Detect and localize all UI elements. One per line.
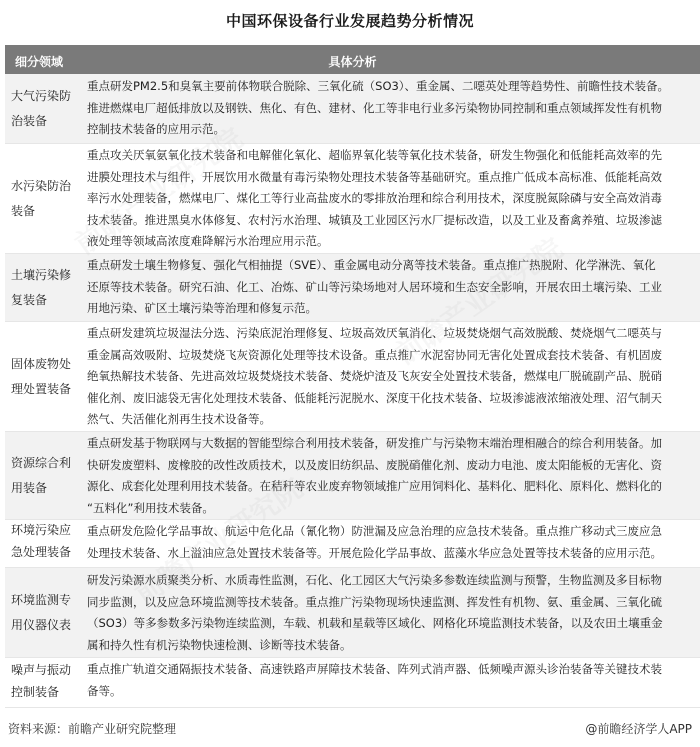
credit-note: @前瞻经济学人APP	[585, 720, 692, 737]
description-line: 快研发废塑料、废橡胶的改性改质技术，以及废旧纺织品、废脱硝催化剂、废动力电池、废…	[87, 455, 697, 477]
header-analysis: 具体分析	[5, 53, 700, 70]
description-line: 然气、失活催化剂再生技术设备等。	[87, 409, 697, 431]
description-line: 进膜处理技术与组件，开展饮用水微量有毒污染物处理技术装备等基础研究。重点推广低成…	[87, 167, 697, 189]
description-line: 重点攻关厌氧氨氧化技术装备和电解催化氧化、超临界氧化装等氧化技术装备，研发生物强…	[87, 145, 697, 167]
description-line: 还原等技术装备。研究石油、化工、冶炼、矿山等污染场地对人居环境和生态安全影响，开…	[87, 277, 697, 299]
description-line: 处理技术装备、水上溢油应急处置技术装备等。开展危险化学品事故、蓝藻水华应急处置等…	[87, 543, 697, 565]
row-description: 重点研发建筑垃圾湿法分选、污染底泥治理修复、垃圾高效厌氧消化、垃圾焚烧烟气高效脱…	[87, 323, 697, 431]
row-category: 噪声与振动 控制装备	[11, 659, 83, 703]
category-line: 用仪器仪表	[11, 613, 83, 638]
row-category: 环境污染应 急处理装备	[11, 520, 83, 563]
table-row: 土壤污染修 复装备 重点研发土壤生物修复、强化气相抽提（SVE）、重金属电动分离…	[5, 254, 700, 322]
table-header: 细分领域 具体分析	[5, 45, 700, 74]
trend-analysis-table: 细分领域 具体分析 大气污染防 治装备 重点研发PM2.5和臭氧主要前体物联合脱…	[5, 45, 700, 708]
table-row: 噪声与振动 控制装备 重点推广轨道交通隔振技术装备、高速铁路声屏障技术装备、阵列…	[5, 658, 700, 708]
category-line: 用装备	[11, 476, 83, 501]
row-description: 重点研发基于物联网与大数据的智能型综合利用技术装备，研发推广与污染物末端治理相融…	[87, 433, 697, 519]
table-row: 环境监测专 用仪器仪表 研发污染源水质聚类分析、水质毒性监测，石化、化工园区大气…	[5, 568, 700, 658]
row-category: 资源综合利 用装备	[11, 451, 83, 501]
description-line: （SO3）等多参数多污染物连续监测，车载、机载和星载等区域化、网格化环境监测技术…	[87, 613, 697, 635]
row-description: 重点研发土壤生物修复、强化气相抽提（SVE）、重金属电动分离等技术装备。重点推广…	[87, 255, 697, 320]
category-line: 控制装备	[11, 681, 83, 703]
source-note: 资料来源：前瞻产业研究院整理	[8, 720, 176, 737]
category-line: 理处置装备	[11, 377, 83, 402]
category-line: 急处理装备	[11, 542, 83, 564]
row-description: 重点研发PM2.5和臭氧主要前体物联合脱除、三氧化硫（SO3）、重金属、二噁英处…	[87, 76, 697, 141]
row-category: 土壤污染修 复装备	[11, 263, 83, 313]
description-line: 重点研发PM2.5和臭氧主要前体物联合脱除、三氧化硫（SO3）、重金属、二噁英处…	[87, 76, 697, 98]
page-title: 中国环保设备行业发展趋势分析情况	[0, 10, 700, 31]
description-line: 研发污染源水质聚类分析、水质毒性监测，石化、化工园区大气污染多参数连续监测与预警…	[87, 570, 697, 592]
description-line: 液处理等领域高浓度难降解污水治理应用示范。	[87, 231, 697, 253]
description-line: 催化剂、废旧滤袋无害化处理技术装备、低能耗污泥脱水、深度干化技术装备、垃圾渗滤液…	[87, 388, 697, 410]
description-line: 绝氧热解技术装备、先进高效垃圾焚烧技术装备、焚烧炉渣及飞灰安全处置技术装备，燃煤…	[87, 366, 697, 388]
row-category: 水污染防治 装备	[11, 174, 83, 224]
description-line: 重金属高效吸附、垃圾焚烧飞灰资源化处理等技术设备。重点推广水泥窑协同无害化处置成…	[87, 345, 697, 367]
description-line: 重点研发危险化学品事故、航运中危化品（氰化物）防泄漏及应急治理的应急技术装备。重…	[87, 521, 697, 543]
description-line: 重点研发基于物联网与大数据的智能型综合利用技术装备，研发推广与污染物末端治理相融…	[87, 433, 697, 455]
category-line: 噪声与振动	[11, 659, 83, 681]
category-line: 环境监测专	[11, 588, 83, 613]
row-description: 重点攻关厌氧氨氧化技术装备和电解催化氧化、超临界氧化装等氧化技术装备，研发生物强…	[87, 145, 697, 253]
description-line: 技术装备。推进黑臭水体修复、农村污水治理、城镇及工业园区污水厂提标改造，以及工业…	[87, 210, 697, 232]
row-description: 重点研发危险化学品事故、航运中危化品（氰化物）防泄漏及应急治理的应急技术装备。重…	[87, 521, 697, 564]
description-line: 重点推广轨道交通隔振技术装备、高速铁路声屏障技术装备、阵列式消声器、低频噪声源头…	[87, 659, 697, 681]
row-category: 大气污染防 治装备	[11, 84, 83, 134]
table-row: 水污染防治 装备 重点攻关厌氧氨氧化技术装备和电解催化氧化、超临界氧化装等氧化技…	[5, 144, 700, 254]
row-category: 固体废物处 理处置装备	[11, 352, 83, 402]
table-row: 大气污染防 治装备 重点研发PM2.5和臭氧主要前体物联合脱除、三氧化硫（SO3…	[5, 74, 700, 144]
category-line: 土壤污染修	[11, 263, 83, 288]
description-line: 源化、成套化处理利用技术装备。在秸秆等农业废弃物领域推广应用饲料化、基料化、肥料…	[87, 476, 697, 498]
category-line: 复装备	[11, 288, 83, 313]
category-line: 治装备	[11, 109, 83, 134]
description-line: 控制技术装备的应用示范。	[87, 119, 697, 141]
category-line: 固体废物处	[11, 352, 83, 377]
row-description: 研发污染源水质聚类分析、水质毒性监测，石化、化工园区大气污染多参数连续监测与预警…	[87, 570, 697, 656]
description-line: 属和持久性有机污染物快速检测、诊断等技术装备。	[87, 635, 697, 657]
description-line: 用地污染、矿区土壤污染等治理和修复示范。	[87, 298, 697, 320]
description-line: 重点研发建筑垃圾湿法分选、污染底泥治理修复、垃圾高效厌氧消化、垃圾焚烧烟气高效脱…	[87, 323, 697, 345]
table-row: 固体废物处 理处置装备 重点研发建筑垃圾湿法分选、污染底泥治理修复、垃圾高效厌氧…	[5, 322, 700, 432]
description-line: 重点研发土壤生物修复、强化气相抽提（SVE）、重金属电动分离等技术装备。重点推广…	[87, 255, 697, 277]
category-line: 资源综合利	[11, 451, 83, 476]
description-line: 率污水处理装备，燃煤电厂、煤化工等行业高盐废水的零排放治理和综合利用技术，深度脱…	[87, 188, 697, 210]
table-row: 环境污染应 急处理装备 重点研发危险化学品事故、航运中危化品（氰化物）防泄漏及应…	[5, 520, 700, 568]
row-category: 环境监测专 用仪器仪表	[11, 588, 83, 638]
category-line: 大气污染防	[11, 84, 83, 109]
row-description: 重点推广轨道交通隔振技术装备、高速铁路声屏障技术装备、阵列式消声器、低频噪声源头…	[87, 659, 697, 702]
category-line: 水污染防治	[11, 174, 83, 199]
description-line: 推进燃煤电厂超低排放以及钢铁、焦化、有色、建材、化工等非电行业多污染物协同控制和…	[87, 98, 697, 120]
table-row: 资源综合利 用装备 重点研发基于物联网与大数据的智能型综合利用技术装备，研发推广…	[5, 432, 700, 520]
description-line: “五料化”利用技术装备。	[87, 498, 697, 520]
description-line: 同步监测，以及应急环境监测等技术装备。重点推广污染物现场快速监测、挥发性有机物、…	[87, 592, 697, 614]
category-line: 装备	[11, 199, 83, 224]
description-line: 备等。	[87, 681, 697, 703]
category-line: 环境污染应	[11, 520, 83, 542]
